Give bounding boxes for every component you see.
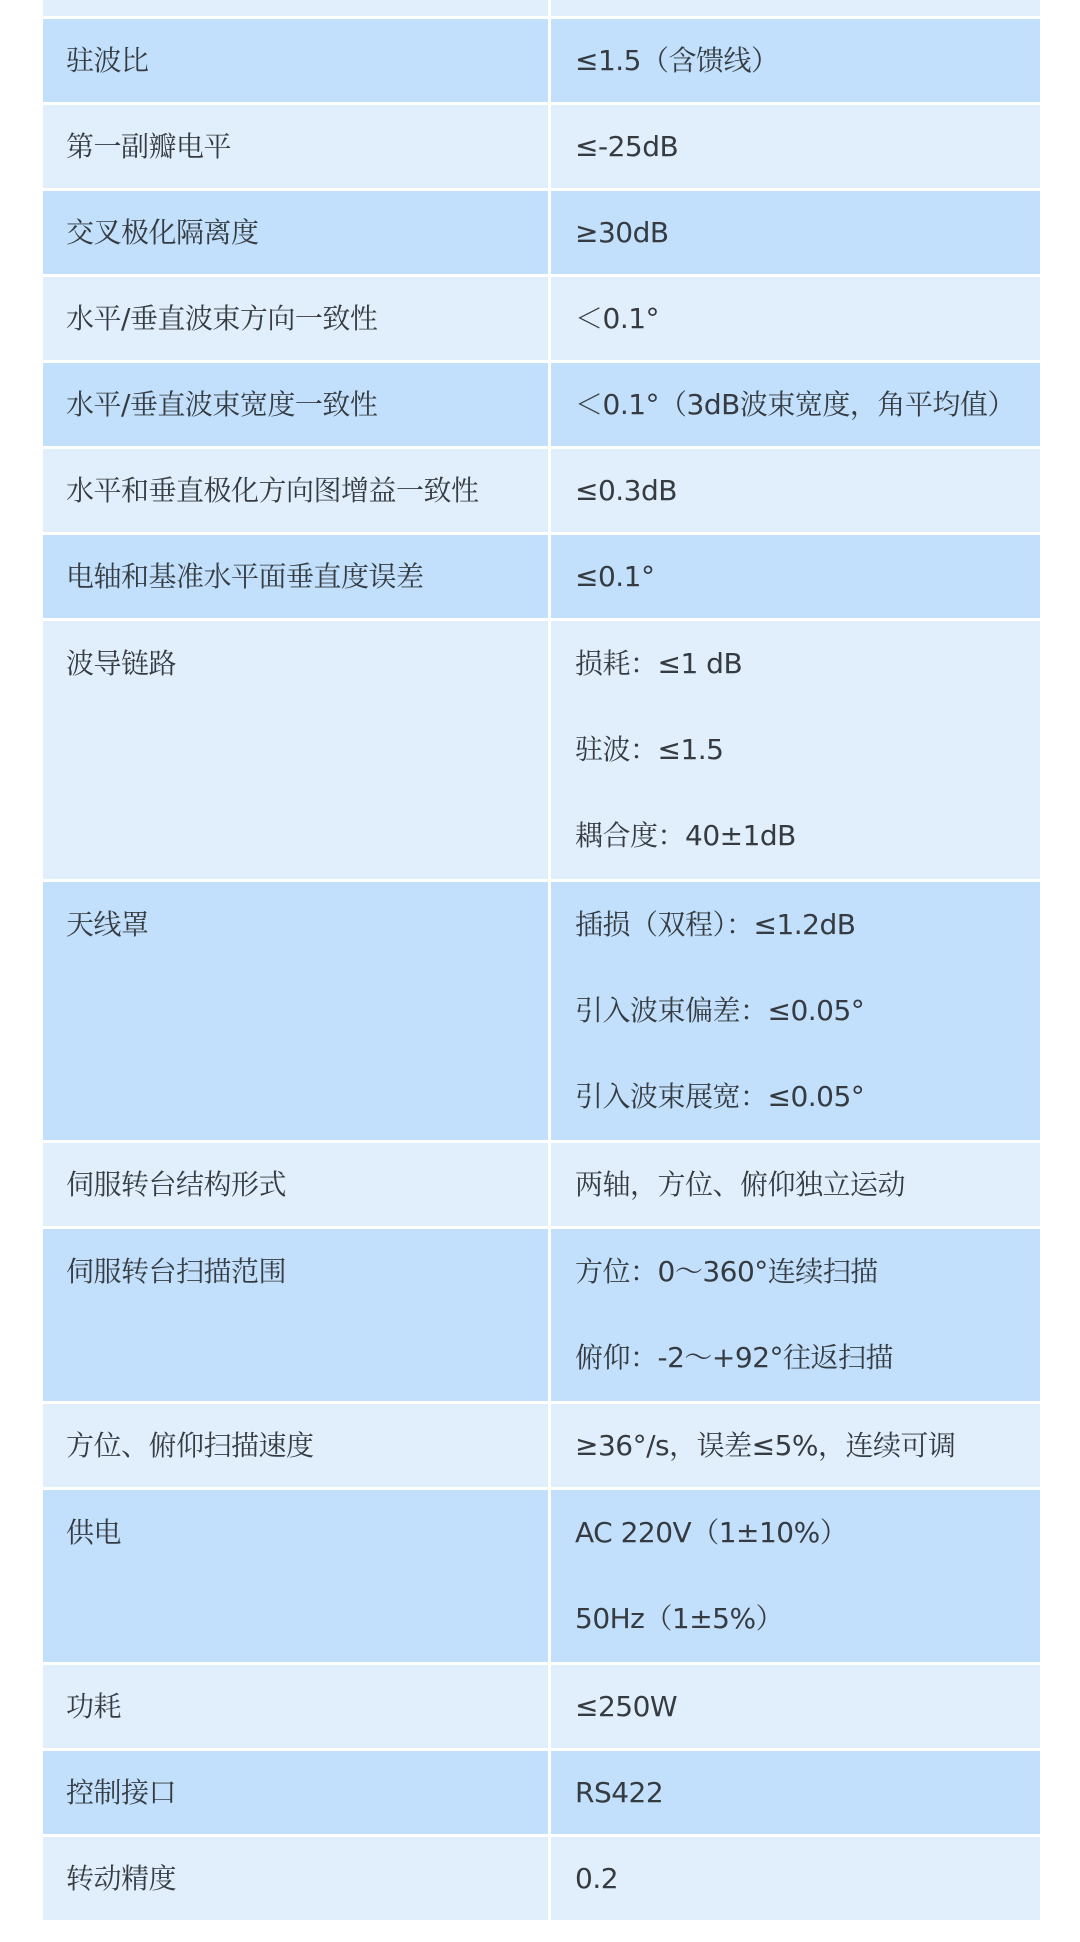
spec-label-cell: 天线罩 <box>43 882 548 1140</box>
spec-label: 驻波比 <box>66 19 548 102</box>
spec-value-cell: 损耗：≤1 dB驻波：≤1.5耦合度：40±1dB <box>551 621 1040 879</box>
spec-value-cell: 方位：0～360°连续扫描俯仰：-2～+92°往返扫描 <box>551 1229 1040 1401</box>
spec-value: ＜0.1°（3dB波束宽度，角平均值） <box>575 363 1040 446</box>
spec-value-cell: ＜0.1° <box>551 277 1040 360</box>
spec-value: 插损（双程）：≤1.2dB <box>575 882 1040 968</box>
spec-value-cell: ≤0.3dB <box>551 449 1040 532</box>
spec-value: 引入波束偏差：≤0.05° <box>575 968 1040 1054</box>
spec-value: ≤-25dB <box>575 105 1040 188</box>
spec-label: 第一副瓣电平 <box>66 105 548 188</box>
spec-label: 转动精度 <box>66 1837 548 1920</box>
spec-value-cell: 插损（双程）：≤1.2dB引入波束偏差：≤0.05°引入波束展宽：≤0.05° <box>551 882 1040 1140</box>
spec-label-cell: 交叉极化隔离度 <box>43 191 548 274</box>
spec-label: 水平和垂直极化方向图增益一致性 <box>66 449 548 532</box>
spec-label: 水平/垂直波束宽度一致性 <box>66 363 548 446</box>
spec-value: ≥30dB <box>575 191 1040 274</box>
spec-table: 驻波比≤1.5（含馈线）第一副瓣电平≤-25dB交叉极化隔离度≥30dB水平/垂… <box>43 0 1040 1920</box>
spec-value-cell: 两轴，方位、俯仰独立运动 <box>551 1143 1040 1226</box>
spec-label-cell: 驻波比 <box>43 19 548 102</box>
spec-label-cell: 控制接口 <box>43 1751 548 1834</box>
spec-value: 0.2 <box>575 1837 1040 1920</box>
spec-label: 伺服转台结构形式 <box>66 1143 548 1226</box>
spec-value-cell <box>551 0 1040 16</box>
spec-value: ＜0.1° <box>575 277 1040 360</box>
spec-label-cell: 方位、俯仰扫描速度 <box>43 1404 548 1487</box>
spec-label-cell: 水平和垂直极化方向图增益一致性 <box>43 449 548 532</box>
spec-label-cell: 伺服转台扫描范围 <box>43 1229 548 1401</box>
spec-value: ≤0.3dB <box>575 449 1040 532</box>
spec-label: 功耗 <box>66 1665 548 1748</box>
spec-value: 引入波束展宽：≤0.05° <box>575 1054 1040 1140</box>
spec-label-cell: 功耗 <box>43 1665 548 1748</box>
spec-label-cell: 电轴和基准水平面垂直度误差 <box>43 535 548 618</box>
spec-value: ≤1.5（含馈线） <box>575 19 1040 102</box>
spec-label-cell: 转动精度 <box>43 1837 548 1920</box>
spec-label-cell: 第一副瓣电平 <box>43 105 548 188</box>
spec-label: 控制接口 <box>66 1751 548 1834</box>
spec-label-cell: 波导链路 <box>43 621 548 879</box>
spec-value: 损耗：≤1 dB <box>575 621 1040 707</box>
spec-value: ≤0.1° <box>575 535 1040 618</box>
spec-value: 两轴，方位、俯仰独立运动 <box>575 1143 1040 1226</box>
spec-value-cell: ≥36°/s，误差≤5%，连续可调 <box>551 1404 1040 1487</box>
spec-label: 供电 <box>66 1490 548 1576</box>
spec-value-cell: ＜0.1°（3dB波束宽度，角平均值） <box>551 363 1040 446</box>
spec-value: ≥36°/s，误差≤5%，连续可调 <box>575 1404 1040 1487</box>
spec-value-cell: ≤-25dB <box>551 105 1040 188</box>
spec-label: 电轴和基准水平面垂直度误差 <box>66 535 548 618</box>
spec-label-cell: 供电 <box>43 1490 548 1662</box>
spec-label-cell: 伺服转台结构形式 <box>43 1143 548 1226</box>
spec-value: 俯仰：-2～+92°往返扫描 <box>575 1315 1040 1401</box>
spec-value-cell: RS422 <box>551 1751 1040 1834</box>
spec-value: 方位：0～360°连续扫描 <box>575 1229 1040 1315</box>
spec-value: 驻波：≤1.5 <box>575 707 1040 793</box>
spec-value <box>575 0 1040 16</box>
spec-label: 交叉极化隔离度 <box>66 191 548 274</box>
spec-value: 耦合度：40±1dB <box>575 793 1040 879</box>
spec-label-cell: 水平/垂直波束方向一致性 <box>43 277 548 360</box>
spec-value-cell: ≤250W <box>551 1665 1040 1748</box>
spec-label: 水平/垂直波束方向一致性 <box>66 277 548 360</box>
spec-value: 50Hz（1±5%） <box>575 1576 1040 1662</box>
spec-label-cell <box>43 0 548 16</box>
spec-label-cell: 水平/垂直波束宽度一致性 <box>43 363 548 446</box>
spec-label: 波导链路 <box>66 621 548 707</box>
spec-value-cell: 0.2 <box>551 1837 1040 1920</box>
spec-label: 伺服转台扫描范围 <box>66 1229 548 1315</box>
spec-value: AC 220V（1±10%） <box>575 1490 1040 1576</box>
spec-value: ≤250W <box>575 1665 1040 1748</box>
spec-label <box>66 0 548 16</box>
spec-value: RS422 <box>575 1751 1040 1834</box>
spec-value-cell: ≥30dB <box>551 191 1040 274</box>
spec-label: 方位、俯仰扫描速度 <box>66 1404 548 1487</box>
spec-value-cell: AC 220V（1±10%）50Hz（1±5%） <box>551 1490 1040 1662</box>
spec-value-cell: ≤1.5（含馈线） <box>551 19 1040 102</box>
spec-label: 天线罩 <box>66 882 548 968</box>
spec-value-cell: ≤0.1° <box>551 535 1040 618</box>
